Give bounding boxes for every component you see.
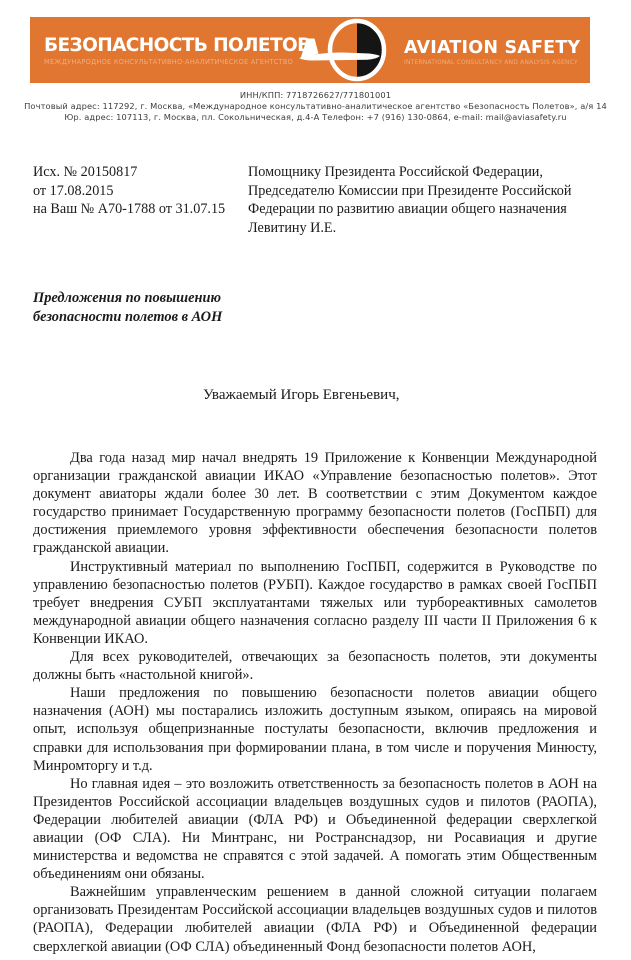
brand-english: AVIATION SAFETY INTERNATIONAL CONSULTANC…	[404, 38, 574, 66]
brand-title-en: AVIATION SAFETY	[404, 38, 574, 58]
recipient-line: Федерации по развитию авиации общего наз…	[248, 200, 597, 219]
letter-page: БЕЗОПАСНОСТЬ ПОЛЕТОВ МЕЖДУНАРОДНОЕ КОНСУ…	[0, 0, 631, 960]
body-paragraph: Инструктивный материал по выполнению Гос…	[33, 558, 597, 648]
legal-address-line: Юр. адрес: 107113, г. Москва, пл. Соколь…	[0, 112, 631, 123]
subject-line: Предложения по повышению безопасности по…	[33, 289, 222, 326]
recipient-block: Помощнику Президента Российской Федераци…	[248, 163, 597, 237]
body-paragraph: Наши предложения по повышению безопаснос…	[33, 684, 597, 774]
header-banner: БЕЗОПАСНОСТЬ ПОЛЕТОВ МЕЖДУНАРОДНОЕ КОНСУ…	[30, 17, 590, 83]
salutation: Уважаемый Игорь Евгеньевич,	[203, 387, 400, 404]
postal-address-line: Почтовый адрес: 117292, г. Москва, «Межд…	[0, 101, 631, 112]
brand-subtitle-en: INTERNATIONAL CONSULTANCY AND ANALYSIS A…	[404, 60, 574, 66]
body-paragraph: Для всех руководителей, отвечающих за бе…	[33, 648, 597, 684]
outgoing-number: Исх. № 20150817	[33, 163, 248, 182]
subject-line-1: Предложения по повышению	[33, 289, 222, 308]
recipient-line: Левитину И.Е.	[248, 219, 597, 238]
body-paragraph: Два года назад мир начал внедрять 19 При…	[33, 449, 597, 558]
reference-recipient-row: Исх. № 20150817 от 17.08.2015 на Ваш № А…	[33, 163, 597, 237]
recipient-line: Председателю Комиссии при Президенте Рос…	[248, 182, 597, 201]
brand-subtitle-ru: МЕЖДУНАРОДНОЕ КОНСУЛЬТАТИВНО-АНАЛИТИЧЕСК…	[44, 58, 294, 66]
subject-line-2: безопасности полетов в АОН	[33, 308, 222, 327]
body-paragraph: Но главная идея – это возложить ответств…	[33, 775, 597, 884]
airplane-globe-logo-icon	[295, 17, 415, 83]
reference-block: Исх. № 20150817 от 17.08.2015 на Ваш № А…	[33, 163, 248, 237]
body-paragraph: Важнейшим управленческим решением в данн…	[33, 883, 597, 955]
reply-reference: на Ваш № А70-1788 от 31.07.15	[33, 200, 248, 219]
letter-body: Два года назад мир начал внедрять 19 При…	[33, 449, 597, 956]
letter-date: от 17.08.2015	[33, 182, 248, 201]
inn-kpp-line: ИНН/КПП: 7718726627/771801001	[0, 90, 631, 101]
brand-title-ru: БЕЗОПАСНОСТЬ ПОЛЕТОВ	[44, 36, 294, 56]
brand-russian: БЕЗОПАСНОСТЬ ПОЛЕТОВ МЕЖДУНАРОДНОЕ КОНСУ…	[44, 36, 294, 66]
recipient-line: Помощнику Президента Российской Федераци…	[248, 163, 597, 182]
contact-block: ИНН/КПП: 7718726627/771801001 Почтовый а…	[0, 90, 631, 124]
